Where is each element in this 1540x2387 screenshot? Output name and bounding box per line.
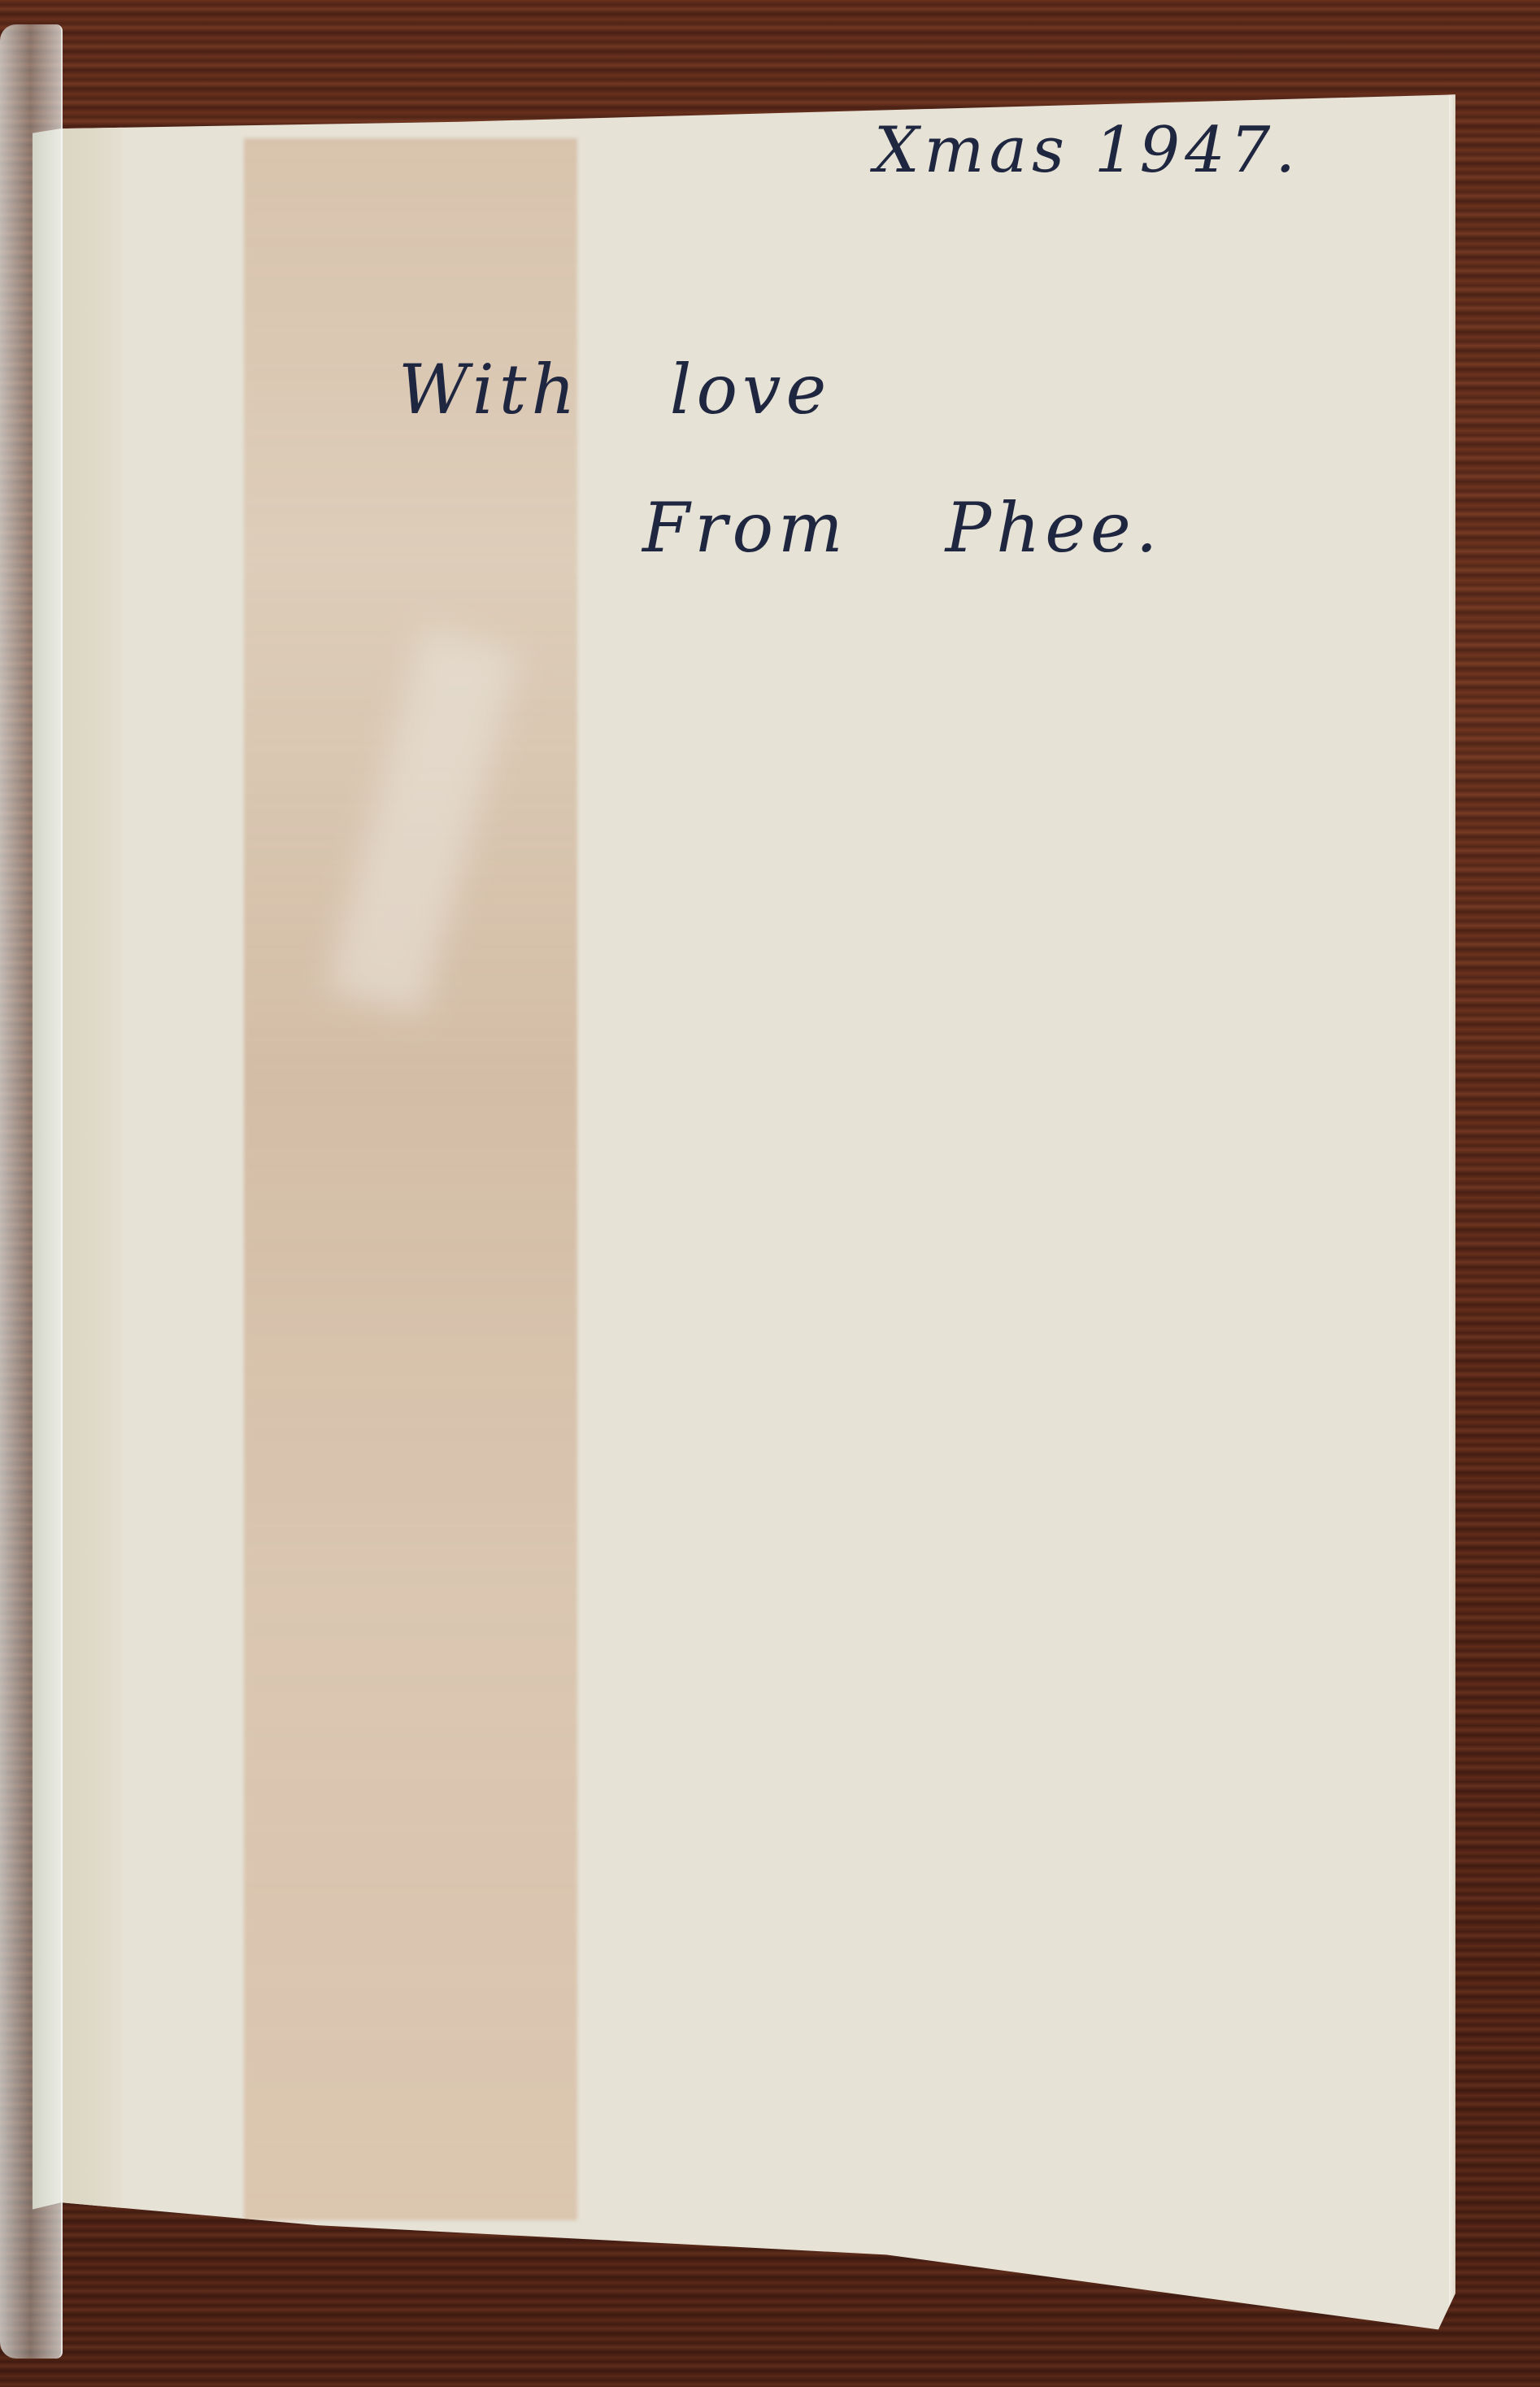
inscription-word-love: love: [670, 350, 832, 429]
inscription-line-2: FromPhee.: [642, 488, 1162, 568]
page-edge: [1449, 65, 1455, 2334]
inscription-line-1: Withlove: [398, 350, 831, 429]
offset-stain: [244, 138, 577, 2220]
inscription-date: Xmas 1947.: [874, 114, 1300, 187]
inscription-word-with: With: [398, 350, 581, 429]
spine-tape: [0, 24, 63, 2359]
inscription-signature: Phee.: [946, 488, 1163, 568]
inscription-word-from: From: [642, 488, 848, 568]
